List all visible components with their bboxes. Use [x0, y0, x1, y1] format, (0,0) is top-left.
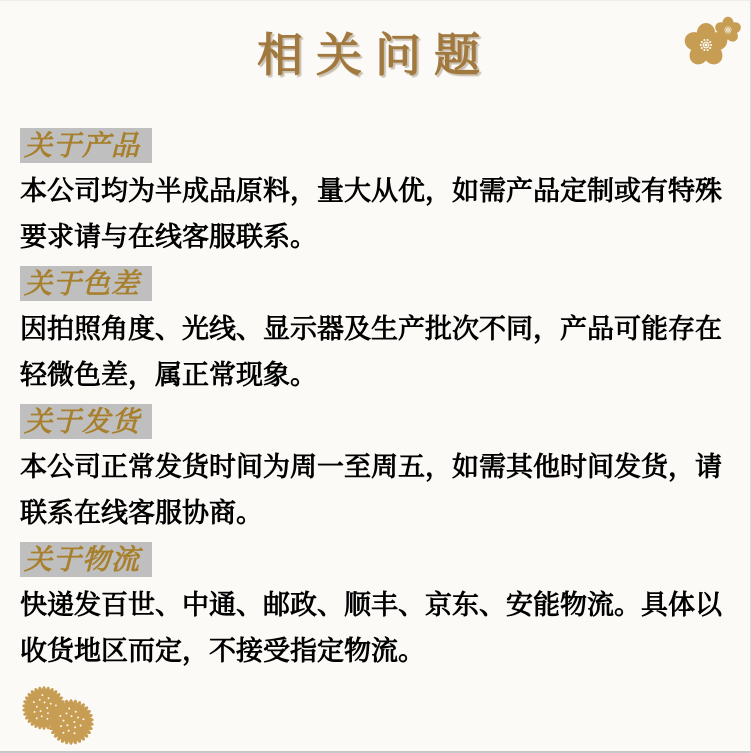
faq-section-shipping: 关于发货 本公司正常发货时间为周一至周五，如需其他时间发货，请联系在线客服协商。 — [20, 404, 734, 536]
faq-content: 关于产品 本公司均为半成品原料，量大从优，如需产品定制或有特殊要求请与在线客服联… — [20, 128, 734, 674]
chrysanthemum-icon — [16, 685, 100, 749]
section-body: 快递发百世、中通、邮政、顺丰、京东、安能物流。具体以收货地区而定，不接受指定物流… — [20, 582, 732, 674]
section-heading: 关于产品 — [20, 128, 152, 163]
section-body: 本公司正常发货时间为周一至周五，如需其他时间发货，请联系在线客服协商。 — [20, 444, 732, 536]
section-heading: 关于发货 — [20, 404, 152, 439]
section-body: 因拍照角度、光线、显示器及生产批次不同，产品可能存在轻微色差，属正常现象。 — [20, 306, 732, 398]
plum-blossom-icon — [675, 14, 745, 74]
section-heading: 关于物流 — [20, 542, 152, 577]
faq-page: 相关问题 关于产品 本公司均为半成品原料，量大从优，如需产品定制或有特殊要求请与… — [0, 0, 751, 753]
faq-section-logistics: 关于物流 快递发百世、中通、邮政、顺丰、京东、安能物流。具体以收货地区而定，不接… — [20, 542, 734, 674]
page-title: 相关问题 — [0, 1, 750, 82]
section-body: 本公司均为半成品原料，量大从优，如需产品定制或有特殊要求请与在线客服联系。 — [20, 168, 732, 260]
faq-section-product: 关于产品 本公司均为半成品原料，量大从优，如需产品定制或有特殊要求请与在线客服联… — [20, 128, 734, 260]
faq-section-color-difference: 关于色差 因拍照角度、光线、显示器及生产批次不同，产品可能存在轻微色差，属正常现… — [20, 266, 734, 398]
section-heading: 关于色差 — [20, 266, 152, 301]
